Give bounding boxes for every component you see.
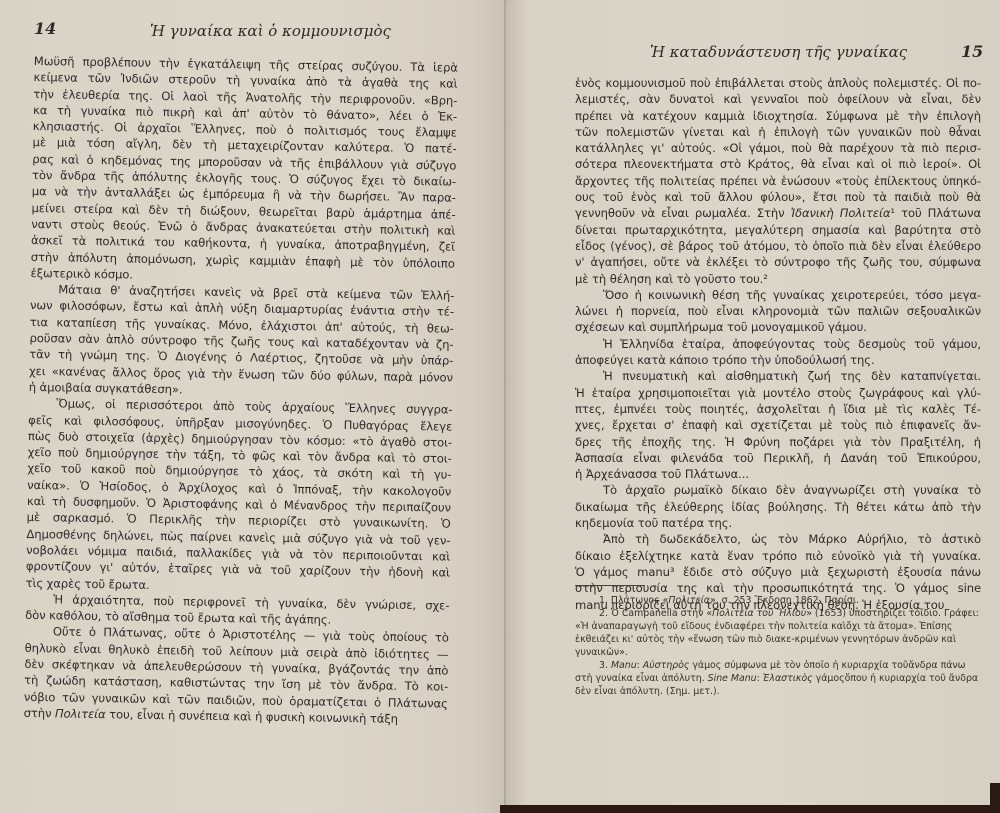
text-line: 3. Manu: Αὐστηρὸς γάμος σύμφωνα μὲ τὸν ὁ… <box>575 660 908 671</box>
text-line: ν' ἀγαπήσει, οὔτε νὰ ἐκλέξει τὸ σύντροφο… <box>575 254 981 270</box>
left-page: 14 Ἡ γυναίκα καὶ ὁ κομμουνισμὸς Μωϋσῆ πρ… <box>0 0 508 813</box>
text-line: Τὸ ἀρχαῖο ρωμαϊκὸ δίκαιο δὲν ἀναγνωρίζει… <box>575 482 981 498</box>
text-line: Ἡ Ἑλληνίδα ἑταίρα, ἀποφεύγοντας τοὺς δεσ… <box>575 336 981 352</box>
paragraph: Ἡ πνευματικὴ καὶ αἰσθηματικὴ ζωή της δὲν… <box>575 368 981 482</box>
text-line: 1. Πλάτωνος «Πολιτεία», σ. 253 Ἔκδοση 18… <box>575 595 859 606</box>
left-page-body-text: Μωϋσῆ προβλέπουν τὴν ἐγκατάλειψη τῆς στε… <box>24 53 458 728</box>
text-line: Ἀσπασία εἶναι φιλενάδα τοῦ Περικλῆ, ἡ Δα… <box>575 450 981 466</box>
paragraph: Ἡ Ἑλληνίδα ἑταίρα, ἀποφεύγοντας τοὺς δεσ… <box>575 336 981 369</box>
paragraph: Τὸ ἀρχαῖο ρωμαϊκὸ δίκαιο δὲν ἀναγνωρίζει… <box>575 482 981 531</box>
text-line: ους τοῦ ἑνὸς καὶ τοῦ ἄλλου φύλου», ἔτσι … <box>575 189 981 205</box>
text-line: Ἡ πνευματικὴ καὶ αἰσθηματικὴ ζωή της δὲν… <box>575 368 981 384</box>
text-line: δικαίωμα τῆς ἐλεύθερης ἰδίας βούλησης. Τ… <box>575 499 981 515</box>
text-line: Ὅσο ἡ κοινωνικὴ θέση τῆς γυναίκας χειροτ… <box>575 287 981 303</box>
text-line: λεμιστές, σὰν δυνατοὶ καὶ γενναῖοι ποὺ ὀ… <box>575 91 981 107</box>
open-book-spread: 14 Ἡ γυναίκα καὶ ὁ κομμουνισμὸς Μωϋσῆ πρ… <box>0 0 1000 813</box>
footnote: 2. Ὁ Campanella στὴν «Πολιτεία τοῦ Ἥλιου… <box>575 607 981 659</box>
text-line: ἡ Ἀρχεάνασσα τοῦ Πλάτωνα... <box>575 466 981 482</box>
paragraph: Ὅσο ἡ κοινωνικὴ θέση τῆς γυναίκας χειροτ… <box>575 287 981 336</box>
footnotes: 1. Πλάτωνος «Πολιτεία», σ. 253 Ἔκδοση 18… <box>575 594 981 698</box>
right-page: Ἡ καταδυνάστευση τῆς γυναίκας 15 ἑνὸς κο… <box>508 0 1000 813</box>
running-head-left: Ἡ γυναίκα καὶ ὁ κομμουνισμὸς <box>150 22 391 40</box>
text-line: δίνεται πρωταρχικότητα, μεγαλύτερη σημασ… <box>575 222 981 238</box>
paragraph: Μάταια θ' ἀναζητήσει κανεὶς νὰ βρεῖ στὰ … <box>29 281 455 402</box>
paragraph: Μωϋσῆ προβλέπουν τὴν ἐγκατάλειψη τῆς στε… <box>30 53 458 288</box>
text-line: Ἀπὸ τὴ δωδεκάδελτο, ὡς τὸν Μάρκο Αὐρήλιο… <box>575 531 981 547</box>
text-line: ἑνὸς κομμουνισμοῦ ποὺ ἐπιβάλλεται στοὺς … <box>575 75 981 91</box>
text-line: λώνει ἡ πορνεία, ποὺ εἶναι κληρονομιὰ τῶ… <box>575 303 981 319</box>
running-head-right: Ἡ καταδυνάστευση τῆς γυναίκας <box>650 43 907 61</box>
text-line: δρες τῆς ἐποχῆς της. Ἡ Φρύνη ποζάρει γιὰ… <box>575 434 981 450</box>
text-line: σχέσεων καὶ συμπλήρωμα τοῦ μονογαμικοῦ γ… <box>575 319 981 335</box>
page-number-left: 14 <box>34 19 56 38</box>
text-line: κηδεμονία τοῦ πατέρα της. <box>575 515 981 531</box>
footnote-separator <box>575 585 645 586</box>
paragraph: ἑνὸς κομμουνισμοῦ ποὺ ἐπιβάλλεται στοὺς … <box>575 75 981 287</box>
text-line: δίκαιο ἐξελίχτηκε κατὰ ἕναν τρόπο πιὸ εὐ… <box>575 548 981 564</box>
paragraph: Οὔτε ὁ Πλάτωνας, οὔτε ὁ Ἀριστοτέλης — γι… <box>24 623 449 727</box>
text-line: σότερα πλεονεκτήματα στὸ Κράτος, θὰ εἶνα… <box>575 156 981 172</box>
text-line: κατάλληλες γι' αὐτούς. «Οἱ γάμοι, ποὺ θὰ… <box>575 140 981 156</box>
text-line: ἀποφεύγει κατὰ κάποιο τρόπο τὴν ὑποδούλω… <box>575 352 981 368</box>
book-cover-corner <box>990 783 1000 813</box>
book-cover-edge-bottom <box>500 805 1000 813</box>
right-page-body-text: ἑνὸς κομμουνισμοῦ ποὺ ἐπιβάλλεται στοὺς … <box>575 75 981 613</box>
text-line: Ὁ γάμος manu³ ἔδιδε στὸ σύζυγο μιὰ ξεχωρ… <box>575 564 981 580</box>
text-line: πρέπει νὰ κατέχουν καμμιὰ ἰδιοχτησία. Σύ… <box>575 108 981 124</box>
text-line: 2. Ὁ Campanella στὴν «Πολιτεία τοῦ Ἥλιου… <box>575 608 920 619</box>
text-line: Ἡ ἑταίρα χρησιμοποιεῖται γιὰ μοντέλο στο… <box>575 385 981 401</box>
text-line: μὲ τὴ θέληση καὶ τὸ γοῦστο του.² <box>575 271 981 287</box>
paragraph: Ὅμως, οἱ περισσότεροι ἀπὸ τοὺς ἀρχαίους … <box>26 395 453 597</box>
footnote: 1. Πλάτωνος «Πολιτεία», σ. 253 Ἔκδοση 18… <box>575 594 981 607</box>
page-number-right: 15 <box>961 42 983 61</box>
text-line: τῶν πολεμιστῶν γίνεται καὶ ἡ ἐπιλογὴ τῶν… <box>575 124 981 140</box>
text-line: γεννηθοῦν νὰ εἶναι ρωμαλέα. Στὴν Ἰδανικὴ… <box>575 205 981 221</box>
text-line: ἄρχοντες τῆς πολιτείας πρέπει νὰ ἑνώσουν… <box>575 173 981 189</box>
footnote: 3. Manu: Αὐστηρὸς γάμος σύμφωνα μὲ τὸν ὁ… <box>575 659 981 698</box>
text-line: πτες, ἐμπνέει τοὺς ποιητές, ἀσχολεῖται ἡ… <box>575 401 981 417</box>
text-line: χνες, ἔρχεται σ' ἐπαφὴ καὶ σχετίζεται μὲ… <box>575 417 981 433</box>
text-line: εἶδος (γένος), σὲ βάρος τοῦ ἀτόμου, τὸ ὁ… <box>575 238 981 254</box>
